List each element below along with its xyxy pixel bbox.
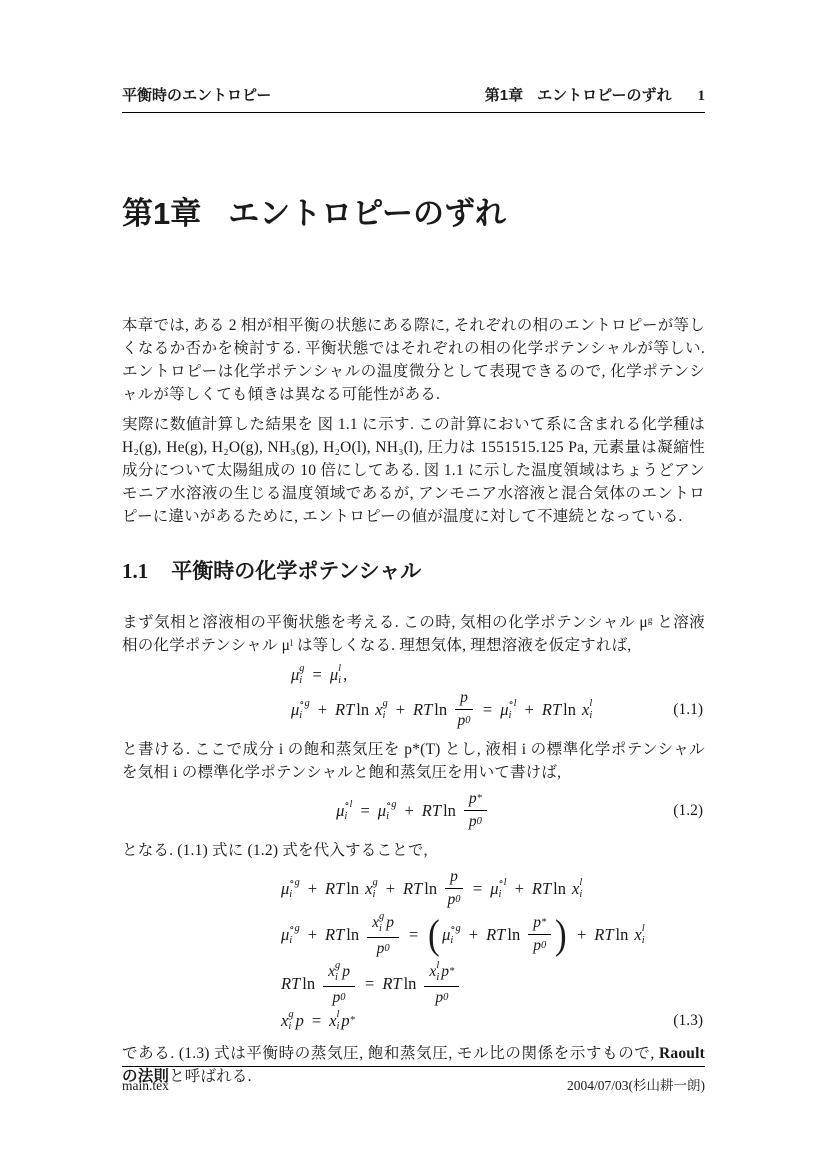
math-token: ln — [404, 974, 417, 994]
math-token: + — [577, 925, 586, 945]
math-token: = — [483, 700, 492, 720]
equation-row: RTlnxgipp0=RTlnxlip*p0 — [122, 960, 705, 1007]
raoult-text-before: である. (1.3) 式は平衡時の蒸気圧, 飽和蒸気圧, モル比の関係を示すもの… — [122, 1045, 659, 1062]
math-variable: p0 — [533, 937, 546, 955]
math-variable: RT — [594, 925, 613, 945]
math-variable: RT — [382, 974, 401, 994]
math-fraction: xgipp0 — [367, 911, 399, 958]
math-variable: p — [460, 689, 468, 707]
math-token: + — [404, 801, 413, 821]
chapter-number: 第1章 — [122, 194, 201, 234]
math-token: ln — [434, 700, 447, 720]
math-variable: RT — [281, 974, 300, 994]
math-token: ln — [553, 879, 566, 899]
math-variable: p — [296, 1011, 304, 1031]
math-token: = — [312, 1011, 321, 1031]
math-token: ln — [356, 700, 369, 720]
footer-date-author: 2004/07/03(杉山耕一朗) — [567, 1074, 705, 1094]
math-fraction: p*p0 — [464, 790, 487, 831]
math-variable: p — [386, 914, 394, 932]
math-variable: p* — [341, 1011, 355, 1031]
math-variable: p0 — [435, 989, 448, 1007]
math-variable: xgi — [372, 911, 384, 935]
math-token: ln — [346, 879, 359, 899]
chapter-title-text: エントロピーのずれ — [228, 194, 506, 234]
math-variable: p0 — [333, 989, 346, 1007]
math-variable: p0 — [458, 712, 471, 730]
math-variable: p* — [441, 963, 454, 981]
equation-row: μ∘gi+RTlnxgi+RTlnpp0=μ∘li+RTlnxli(1.1) — [122, 689, 705, 730]
main-column: 第1章 エントロピーのずれ 本章では, ある 2 相が相平衡の状態にある際に, … — [122, 0, 705, 1088]
math-token: + — [515, 879, 524, 899]
math-variable: μli — [330, 663, 341, 687]
equation-block-1-1: μgi=μli,μ∘gi+RTlnxgi+RTlnpp0=μ∘li+RTlnxl… — [122, 663, 705, 730]
math-variable: xgi — [281, 1009, 294, 1033]
math-variable: RT — [335, 700, 354, 720]
math-variable: p0 — [448, 891, 461, 909]
math-variable: xgi — [375, 698, 388, 722]
math-token: = — [409, 925, 418, 945]
math-variable: p — [450, 868, 458, 886]
math-token: ln — [346, 925, 359, 945]
math-variable: RT — [403, 879, 422, 899]
math-variable: xli — [572, 877, 582, 901]
math-variable: xli — [582, 698, 592, 722]
math-variable: μ∘gi — [281, 923, 300, 947]
math-token: ln — [443, 801, 456, 821]
section-heading: 1.1 平衡時の化学ポテンシャル — [122, 558, 705, 585]
equation-row: μgi=μli, — [122, 663, 705, 687]
math-variable: μ∘li — [500, 698, 516, 722]
math-token: + — [386, 879, 395, 899]
math-variable: μgi — [291, 663, 305, 687]
math-fraction: p*p0 — [528, 914, 551, 955]
equation-number: (1.1) — [673, 701, 703, 719]
section-title-text: 平衡時の化学ポテンシャル — [171, 559, 421, 585]
math-token: + — [308, 925, 317, 945]
paragraph-body-2: と書ける. ここで成分 i の飽和蒸気圧を p*(T) とし, 液相 i の標準… — [122, 738, 705, 784]
math-paren-group: (μ∘gi+RTlnp*p0) — [427, 914, 568, 955]
math-token: = — [365, 974, 374, 994]
equation-row: xgip=xlip*(1.3) — [122, 1009, 705, 1033]
math-variable: μ∘li — [336, 799, 352, 823]
paragraph-intro-1: 本章では, ある 2 相が相平衡の状態にある際に, それぞれの相のエントロピーが… — [122, 314, 705, 406]
math-variable: xli — [429, 960, 439, 984]
math-fraction: xgipp0 — [323, 960, 355, 1007]
equation-row: μ∘gi+RTlnxgi+RTlnpp0=μ∘li+RTlnxli — [122, 868, 705, 909]
section-number: 1.1 — [122, 558, 148, 584]
math-token: ln — [302, 974, 315, 994]
math-variable: p0 — [469, 813, 482, 831]
math-variable: p* — [533, 914, 546, 932]
math-fraction: pp0 — [445, 868, 463, 909]
math-variable: RT — [422, 801, 441, 821]
footer-filename: main.tex — [122, 1078, 169, 1094]
math-token: + — [318, 700, 327, 720]
math-token: + — [525, 700, 534, 720]
math-variable: p0 — [377, 940, 390, 958]
math-variable: xli — [329, 1009, 339, 1033]
paragraph-body-1: まず気相と溶液相の平衡状態を考える. この時, 気相の化学ポテンシャル μᵍ と… — [122, 611, 705, 657]
math-token: ln — [616, 925, 629, 945]
math-variable: μ∘gi — [281, 877, 300, 901]
math-variable: p* — [469, 790, 482, 808]
math-token: + — [308, 879, 317, 899]
math-token: = — [313, 665, 322, 685]
math-token: ln — [424, 879, 437, 899]
math-token: ln — [507, 925, 520, 945]
paragraph-intro-2: 実際に数値計算した結果を 図 1.1 に示す. この計算において系に含まれる化学… — [122, 413, 705, 528]
math-variable: RT — [413, 700, 432, 720]
math-variable: xli — [634, 923, 644, 947]
math-variable: xgi — [328, 960, 340, 984]
math-token: ln — [563, 700, 576, 720]
document-page: 平衡時のエントロピー 第1章 エントロピーのずれ 1 第1章 エントロピーのずれ… — [0, 0, 826, 1169]
math-token: + — [396, 700, 405, 720]
math-variable: RT — [542, 700, 561, 720]
math-token: = — [360, 801, 369, 821]
math-token: + — [469, 925, 478, 945]
math-variable: μ∘gi — [442, 923, 461, 947]
equation-row: μ∘gi+RTlnxgipp0=(μ∘gi+RTlnp*p0)+RTlnxli — [122, 911, 705, 958]
math-token: , — [343, 665, 347, 685]
math-variable: RT — [325, 879, 344, 899]
math-variable: p — [342, 963, 350, 981]
equation-block-1-2: μ∘li=μ∘gi+RTlnp*p0(1.2) — [122, 790, 705, 831]
math-variable: xgi — [365, 877, 378, 901]
chapter-heading: 第1章 エントロピーのずれ — [122, 194, 705, 234]
math-fraction: xlip*p0 — [424, 960, 459, 1007]
equation-row: μ∘li=μ∘gi+RTlnp*p0(1.2) — [122, 790, 705, 831]
math-variable: RT — [325, 925, 344, 945]
math-token: = — [473, 879, 482, 899]
math-variable: μ∘gi — [378, 799, 397, 823]
page-footer: main.tex 2004/07/03(杉山耕一朗) — [122, 1066, 705, 1094]
math-variable: RT — [532, 879, 551, 899]
paragraph-body-3: となる. (1.1) 式に (1.2) 式を代入することで, — [122, 839, 705, 862]
math-variable: μ∘li — [490, 877, 506, 901]
equation-number: (1.2) — [673, 802, 703, 820]
equation-number: (1.3) — [673, 1012, 703, 1030]
math-variable: RT — [486, 925, 505, 945]
math-fraction: pp0 — [455, 689, 473, 730]
math-variable: μ∘gi — [291, 698, 310, 722]
equation-block-1-3: μ∘gi+RTlnxgi+RTlnpp0=μ∘li+RTlnxliμ∘gi+RT… — [122, 868, 705, 1033]
